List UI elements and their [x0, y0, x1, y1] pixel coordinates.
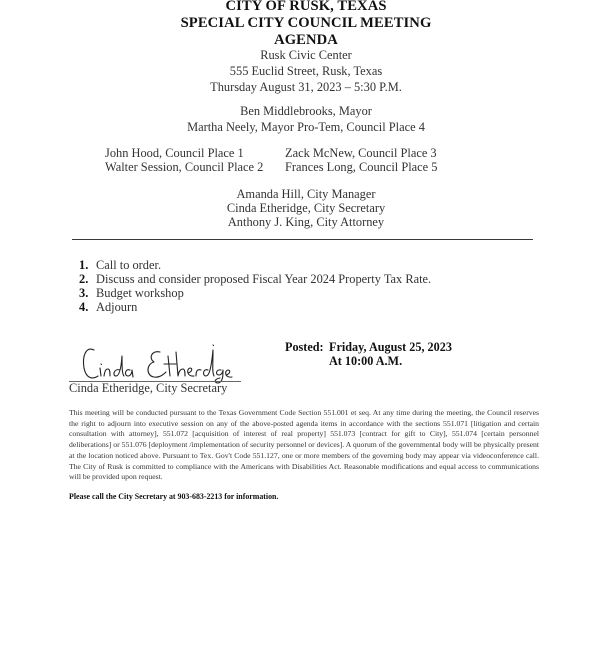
divider-rule	[72, 239, 533, 240]
agenda-item-number: 3.	[79, 286, 96, 301]
agenda-item-number: 2.	[79, 272, 96, 287]
address: 555 Euclid Street, Rusk, Texas	[0, 64, 612, 79]
agenda-item-text: Adjourn	[96, 300, 137, 314]
agenda-item-text: Budget workshop	[96, 286, 184, 300]
legal-notice: This meeting will be conducted pursuant …	[69, 408, 539, 483]
agenda-item-text: Discuss and consider proposed Fiscal Yea…	[96, 272, 431, 286]
agenda-item: 2.Discuss and consider proposed Fiscal Y…	[79, 272, 431, 287]
agenda-item: 3.Budget workshop	[79, 286, 184, 301]
venue: Rusk Civic Center	[0, 48, 612, 63]
agenda-item-text: Call to order.	[96, 258, 161, 272]
city-attorney: Anthony J. King, City Attorney	[0, 215, 612, 230]
city-title: CITY OF RUSK, TEXAS	[0, 0, 612, 15]
agenda-page: CITY OF RUSK, TEXAS SPECIAL CITY COUNCIL…	[0, 0, 612, 650]
city-manager: Amanda Hill, City Manager	[0, 187, 612, 202]
city-secretary: Cinda Etheridge, City Secretary	[0, 201, 612, 216]
mayor: Ben Middlebrooks, Mayor	[0, 104, 612, 119]
agenda-title: AGENDA	[0, 32, 612, 49]
handwritten-signature	[80, 342, 250, 384]
council-member: Zack McNew, Council Place 3	[285, 146, 437, 161]
council-member: Frances Long, Council Place 5	[285, 160, 437, 175]
mayor-pro-tem: Martha Neely, Mayor Pro-Tem, Council Pla…	[0, 120, 612, 135]
agenda-item: 4.Adjourn	[79, 300, 137, 315]
contact-info: Please call the City Secretary at 903-68…	[69, 492, 278, 501]
council-member: Walter Session, Council Place 2	[105, 160, 263, 175]
posted-date: Friday, August 25, 2023	[329, 340, 452, 355]
posted-label: Posted:	[285, 340, 324, 355]
posted-time: At 10:00 A.M.	[329, 354, 402, 369]
agenda-item: 1.Call to order.	[79, 258, 161, 273]
signatory-name: Cinda Etheridge, City Secretary	[69, 381, 227, 396]
agenda-item-number: 4.	[79, 300, 96, 315]
agenda-item-number: 1.	[79, 258, 96, 273]
council-member: John Hood, Council Place 1	[105, 146, 244, 161]
meeting-datetime: Thursday August 31, 2023 – 5:30 P.M.	[0, 80, 612, 95]
meeting-title: SPECIAL CITY COUNCIL MEETING	[0, 15, 612, 32]
